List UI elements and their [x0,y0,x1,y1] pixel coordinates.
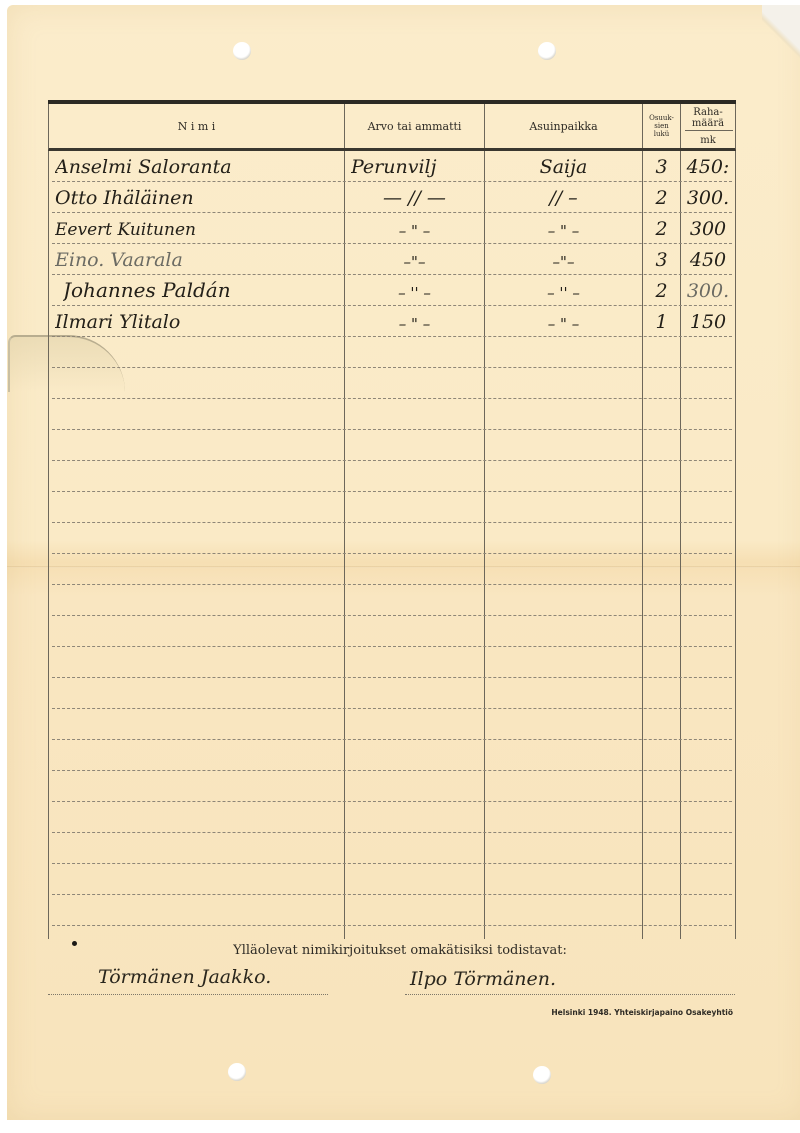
table-row-empty [49,833,735,864]
header-shares-line: Osuuk- [649,114,674,122]
table-row-empty [49,399,735,430]
cell-occupation: – " – [345,306,484,336]
cell-residence: – '' – [485,275,642,305]
header-name: N i m i [49,104,344,148]
cell-occupation: Perunvilj [351,151,481,181]
cell-name: Eino. Vaarala [55,244,343,274]
table-row-empty [49,461,735,492]
table-row-empty [49,337,735,368]
cell-residence: – " – [485,213,642,243]
signature-line-left [48,994,328,995]
cell-residence: // – [485,182,642,212]
printer-imprint: Helsinki 1948. Yhteiskirjapaino Osakeyht… [551,1008,733,1017]
header-amount: Raha- määrä [681,106,735,130]
table-row: Ilmari Ylitalo – " – – " – 1 150 [49,306,735,337]
cell-name: Anselmi Saloranta [55,151,343,181]
table-row-empty [49,616,735,647]
folded-corner [762,5,800,65]
table-row-empty [49,554,735,585]
cell-amount: 450: [681,151,735,181]
table-row-empty [49,492,735,523]
header-shares-line: lukü [654,130,670,138]
header-shares-line: sien [654,122,668,130]
header-amount-line: määrä [692,118,724,129]
cell-occupation: –"– [345,244,484,274]
cell-amount: 300. [681,275,735,305]
cell-shares: 2 [643,182,680,212]
cell-amount: 150 [681,306,735,336]
cell-amount: 300 [681,213,735,243]
signature-table: N i m i Arvo tai ammatti Asuinpaikka Osu… [48,100,736,939]
header-occupation: Arvo tai ammatti [345,104,484,148]
table-row-empty [49,864,735,895]
table-row-empty [49,647,735,678]
cell-name: Ilmari Ylitalo [55,306,343,336]
table-row-empty [49,430,735,461]
cell-occupation: – '' – [345,275,484,305]
row-dotted-line [52,925,732,926]
witness-signature-1: Törmänen Jaakko. [98,966,271,988]
table-body: Anselmi Saloranta Perunvilj Saija 3 450:… [48,151,736,939]
cell-name: Eevert Kuitunen [55,213,343,243]
table-row-empty [49,523,735,554]
header-residence: Asuinpaikka [485,104,642,148]
header-amount-divider [685,130,733,131]
cell-amount: 300. [681,182,735,212]
table-row: Eino. Vaarala –"– –"– 3 450 [49,244,735,275]
cell-occupation: – " – [345,213,484,243]
table-row-empty [49,740,735,771]
cell-name: Otto Ihäläinen [55,182,343,212]
cell-residence: Saija [485,151,642,181]
table-row-empty [49,895,735,926]
cell-residence: – " – [485,306,642,336]
witness-signature-2: Ilpo Törmänen. [410,968,556,990]
punch-hole-top-left [233,42,251,60]
table-row-empty [49,771,735,802]
cell-occupation: — // — [345,182,484,212]
cell-name: Johannes Paldán [63,275,343,305]
table-row-empty [49,709,735,740]
table-row: Otto Ihäläinen — // — // – 2 300. [49,182,735,213]
table-header: N i m i Arvo tai ammatti Asuinpaikka Osu… [48,104,736,151]
header-shares: Osuuk- sien lukü [643,104,680,148]
signature-line-right [405,994,735,995]
header-amount-line: Raha- [693,107,723,118]
table-row: Eevert Kuitunen – " – – " – 2 300 [49,213,735,244]
cell-shares: 1 [643,306,680,336]
table-row-empty [49,368,735,399]
cell-shares: 3 [643,151,680,181]
table-row-empty [49,678,735,709]
cell-residence: –"– [485,244,642,274]
punch-hole-bottom-right [533,1066,551,1084]
cell-amount: 450 [681,244,735,274]
punch-hole-top-right [538,42,556,60]
attestation-text: Ylläolevat nimikirjoitukset omakätisiksi… [0,943,800,958]
table-row: Johannes Paldán – '' – – '' – 2 300. [49,275,735,306]
table-row: Anselmi Saloranta Perunvilj Saija 3 450: [49,151,735,182]
table-row-empty [49,585,735,616]
header-amount-unit: mk [681,132,735,148]
cell-shares: 3 [643,244,680,274]
table-row-empty [49,802,735,833]
cell-shares: 2 [643,275,680,305]
cell-shares: 2 [643,213,680,243]
punch-hole-bottom-left [228,1063,246,1081]
